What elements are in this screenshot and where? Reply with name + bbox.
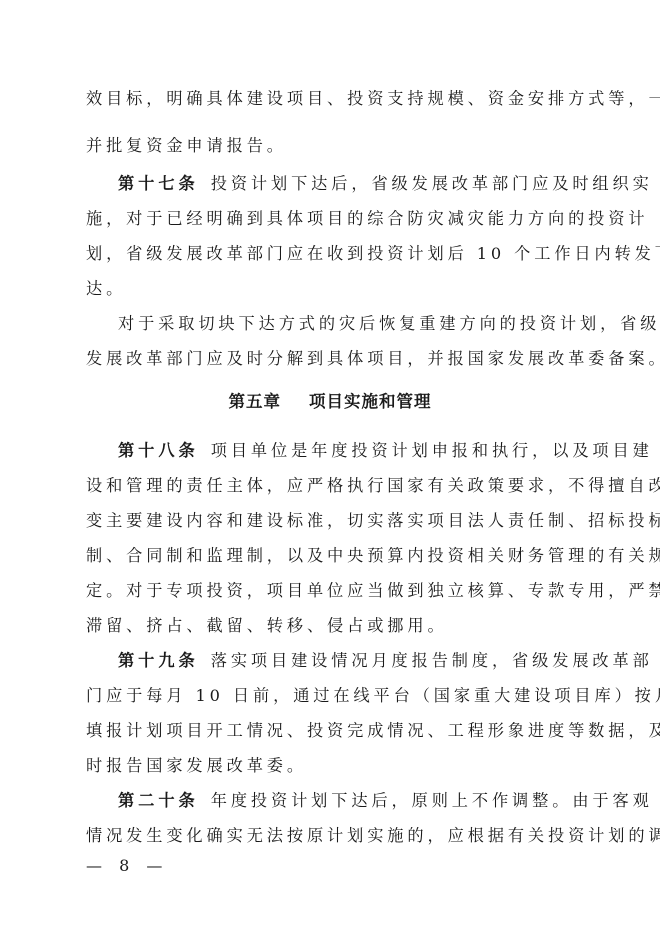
text-line: 对于采取切块下达方式的灾后恢复重建方向的投资计划，省级 xyxy=(118,314,576,334)
text-line: 定。对于专项投资，项目单位应当做到独立核算、专款专用，严禁 xyxy=(86,581,576,601)
text-line: 制、合同制和监理制，以及中央预算内投资相关财务管理的有关规 xyxy=(86,546,576,566)
article-20-first-line: 第二十条年度投资计划下达后，原则上不作调整。由于客观 xyxy=(118,791,576,811)
article-text: 项目单位是年度投资计划申报和执行，以及项目建 xyxy=(211,441,653,460)
article-label: 第十九条 xyxy=(118,651,199,670)
article-17-first-line: 第十七条投资计划下达后，省级发展改革部门应及时组织实 xyxy=(118,174,576,194)
text-line: 滞留、挤占、截留、转移、侵占或挪用。 xyxy=(86,616,576,636)
text-line: 达。 xyxy=(86,279,576,299)
article-label: 第十七条 xyxy=(118,174,199,193)
text-line: 填报计划项目开工情况、投资完成情况、工程形象进度等数据，及 xyxy=(86,721,576,741)
article-text: 年度投资计划下达后，原则上不作调整。由于客观 xyxy=(211,791,653,810)
text-line: 时报告国家发展改革委。 xyxy=(86,756,576,776)
text-line: 并批复资金申请报告。 xyxy=(86,136,576,156)
chapter-number: 第五章 xyxy=(229,392,282,411)
text-line: 施，对于已经明确到具体项目的综合防灾减灾能力方向的投资计 xyxy=(86,209,576,229)
chapter-title: 项目实施和管理 xyxy=(309,392,432,411)
article-label: 第十八条 xyxy=(118,441,199,460)
text-line: 效目标，明确具体建设项目、投资支持规模、资金安排方式等，一 xyxy=(86,89,576,109)
text-line: 变主要建设内容和建设标准，切实落实项目法人责任制、招标投标 xyxy=(86,511,576,531)
article-18-first-line: 第十八条项目单位是年度投资计划申报和执行，以及项目建 xyxy=(118,441,576,461)
article-label: 第二十条 xyxy=(118,791,199,810)
text-line: 划，省级发展改革部门应在收到投资计划后 10 个工作日内转发下 xyxy=(86,244,576,264)
page-number: — 8 — xyxy=(86,856,168,875)
text-line: 发展改革部门应及时分解到具体项目，并报国家发展改革委备案。 xyxy=(86,349,576,369)
article-text: 落实项目建设情况月度报告制度，省级发展改革部 xyxy=(211,651,653,670)
chapter-heading: 第五章项目实施和管理 xyxy=(0,388,660,412)
text-line: 门应于每月 10 日前，通过在线平台（国家重大建设项目库）按月 xyxy=(86,686,576,706)
article-text: 投资计划下达后，省级发展改革部门应及时组织实 xyxy=(211,174,653,193)
text-line: 设和管理的责任主体，应严格执行国家有关政策要求，不得擅自改 xyxy=(86,476,576,496)
text-line: 情况发生变化确实无法按原计划实施的，应根据有关投资计划的调 xyxy=(86,826,576,846)
article-19-first-line: 第十九条落实项目建设情况月度报告制度，省级发展改革部 xyxy=(118,651,576,671)
